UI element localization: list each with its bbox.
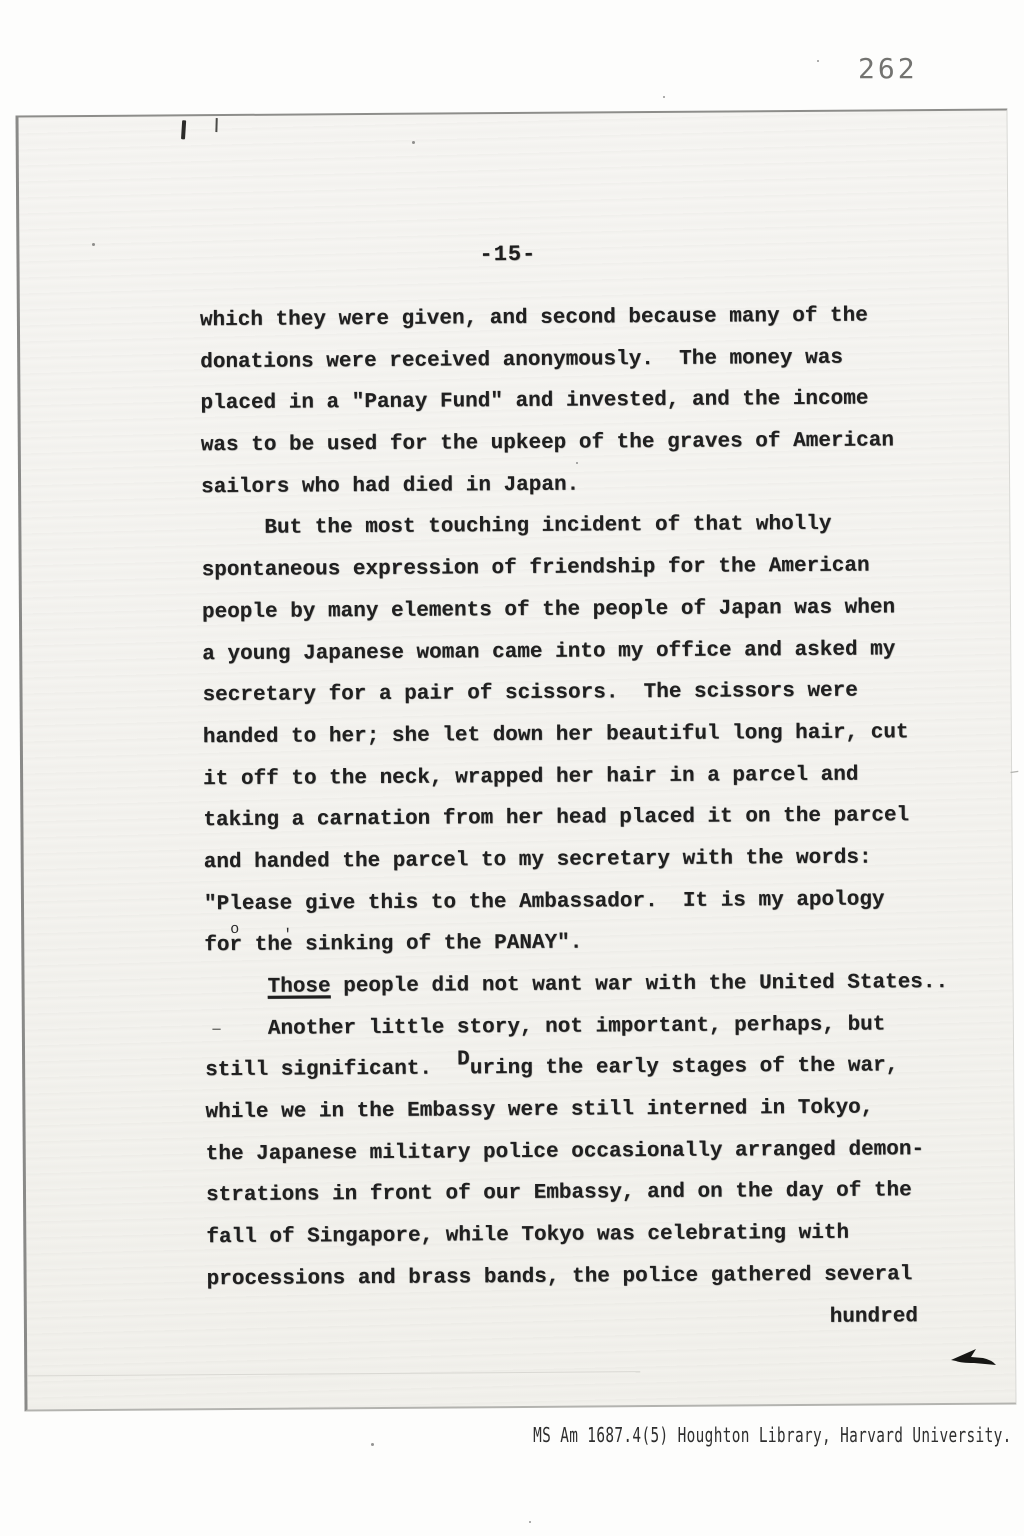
typed-line: "Please give this to the Ambassador. It … [204, 879, 949, 926]
typed-line: still significant. During the early stag… [205, 1045, 950, 1092]
typed-text-segment: spontaneous expression of friendship for… [202, 555, 870, 583]
typed-line: a young Japanese woman came into my offi… [202, 628, 947, 675]
typed-line: was to be used for the upkeep of the gra… [201, 420, 946, 467]
typed-line: o'for the sinking of the PANAY". [204, 920, 949, 967]
typed-text-segment: placed in a "Panay Fund" and invested, a… [200, 388, 868, 416]
ink-tick-mark [215, 118, 217, 132]
typed-text-segment: people by many elements of the people of… [202, 596, 895, 624]
typed-text-segment: still significant. [205, 1058, 457, 1083]
dust-speck [412, 141, 415, 144]
typed-text-segment: was to be used for the upkeep of the gra… [201, 429, 894, 457]
typed-line: handed to her; she let down her beautifu… [203, 712, 948, 759]
typed-text-segment: processions and brass bands, the police … [207, 1263, 913, 1291]
typed-line: –Another little story, not important, pe… [205, 1004, 950, 1051]
typed-text-segment: uring the early stages of the war, [470, 1055, 899, 1081]
pencil-margin-tick: – [1008, 762, 1022, 783]
typed-text-segment: the Japanese military police occasionall… [206, 1138, 924, 1166]
typed-line: secretary for a pair of scissors. The sc… [202, 670, 947, 717]
typed-text-segment: sailors who had died in Japan. [201, 473, 579, 499]
typed-text-segment: handed to her; she let down her beautifu… [203, 721, 909, 749]
dust-speck [576, 462, 578, 464]
dust-speck [529, 1521, 531, 1523]
scanned-sheet: -15- which they were given, and second b… [15, 109, 1016, 1412]
typed-text-segment: taking a carnation from her head placed … [203, 805, 909, 833]
typed-line: sailors who had died in Japan. [201, 462, 946, 509]
typed-text-segment: fall of Singapore, while Tokyo was celeb… [206, 1222, 849, 1249]
dust-speck [663, 96, 665, 98]
typed-line: the Japanese military police occasionall… [206, 1129, 951, 1176]
typed-line: which they were given, and second becaus… [200, 295, 945, 342]
typed-line: hundred [207, 1295, 952, 1342]
dust-speck [371, 1443, 374, 1446]
typed-line: it off to the neck, wrapped her hair in … [203, 754, 948, 801]
typed-line: and handed the parcel to my secretary wi… [204, 837, 949, 884]
library-footer-caption: MS Am 1687.4(5) Houghton Library, Harvar… [533, 1423, 1012, 1447]
typed-text-segment: hundred [830, 1305, 918, 1329]
ink-tick-mark [181, 120, 186, 139]
typed-line: people by many elements of the people of… [202, 587, 947, 634]
typed-text-segment: people did not want war with the United … [331, 971, 949, 998]
typed-text-segment: strations in front of our Embassy, and o… [206, 1180, 912, 1208]
typed-text-segment: for the sinking of the PANAY". [204, 932, 582, 958]
ink-arrow-mark [948, 1344, 1000, 1385]
typed-text-segment: donations were received anonymously. The… [200, 346, 843, 373]
typed-line: while we in the Embassy were still inter… [205, 1087, 950, 1134]
arrow-glyph [948, 1344, 1000, 1380]
typed-text-segment: D [457, 1049, 470, 1072]
typed-line: Those people did not want war with the U… [204, 962, 949, 1009]
dust-speck [92, 243, 95, 246]
handwritten-annotation: o [230, 922, 239, 937]
typed-line: spontaneous expression of friendship for… [202, 545, 947, 592]
typed-line: fall of Singapore, while Tokyo was celeb… [206, 1212, 951, 1259]
archive-page-number: 262 [858, 52, 918, 85]
paper-crease-line [27, 1371, 640, 1376]
typed-line: But the most touching incident of that w… [201, 503, 946, 550]
handwritten-margin-dash: – [211, 1009, 223, 1051]
typed-line: taking a carnation from her head placed … [203, 795, 948, 842]
typed-text-segment: which they were given, and second becaus… [200, 305, 868, 333]
typed-text-segment: secretary for a pair of scissors. The sc… [202, 680, 857, 708]
typed-line: placed in a "Panay Fund" and invested, a… [200, 378, 945, 425]
typed-line: processions and brass bands, the police … [206, 1254, 951, 1301]
typed-text-segment: and handed the parcel to my secretary wi… [204, 846, 872, 874]
dust-speck [817, 60, 819, 62]
typed-text-segment: "Please give this to the Ambassador. It … [204, 888, 885, 916]
typed-text-segment: But the most touching incident of that w… [264, 513, 831, 540]
typed-text-block: which they were given, and second becaus… [200, 295, 952, 1342]
typed-page-marker: -15- [479, 242, 536, 267]
typed-line: donations were received anonymously. The… [200, 337, 945, 384]
typed-text-segment: a young Japanese woman came into my offi… [202, 638, 895, 666]
typed-text-segment: it off to the neck, wrapped her hair in … [203, 763, 858, 791]
document-scan: { "document": { "archive_page_number": "… [0, 0, 1024, 1536]
typed-text-segment: while we in the Embassy were still inter… [205, 1097, 873, 1125]
typed-line: strations in front of our Embassy, and o… [206, 1170, 951, 1217]
typed-text-segment: Those [268, 975, 331, 998]
handwritten-annotation: ' [283, 928, 292, 943]
typed-text-segment: Another little story, not important, per… [268, 1013, 886, 1040]
